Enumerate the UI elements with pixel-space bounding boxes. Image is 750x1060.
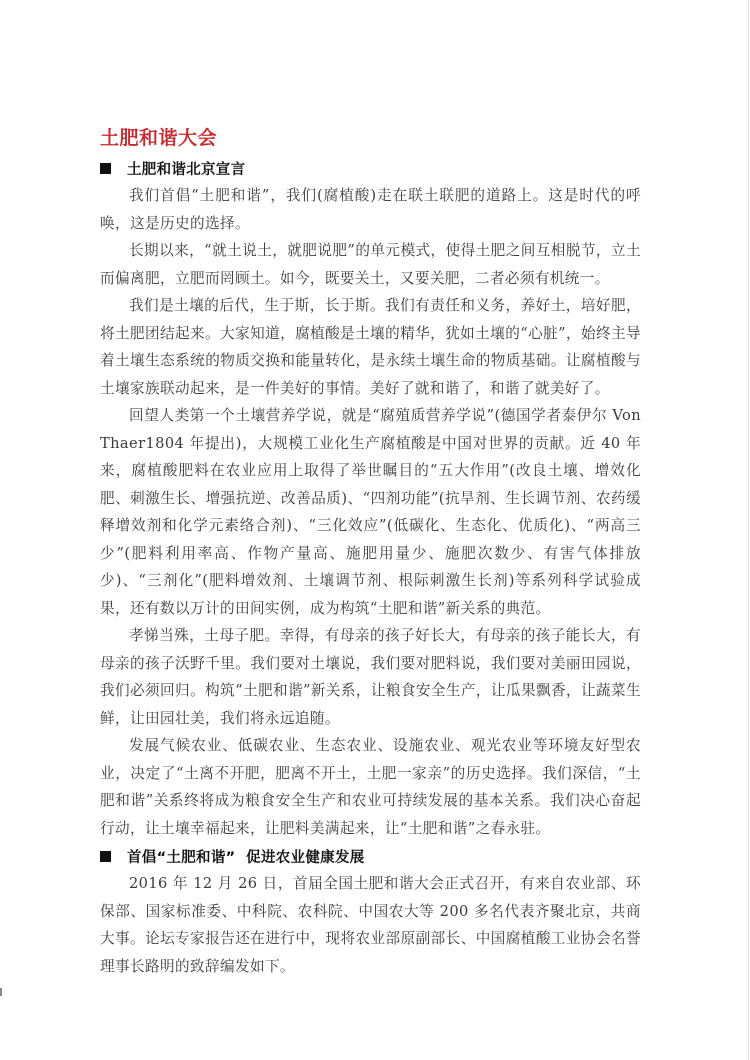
square-bullet-icon bbox=[100, 851, 111, 862]
document-page: 土肥和谐大会 土肥和谐北京宣言 我们首倡“土肥和谐”，我们(腐植酸)走在联土联肥… bbox=[100, 124, 641, 980]
section-heading-declaration: 土肥和谐北京宣言 bbox=[100, 154, 641, 182]
paragraph: 长期以来，“就土说土，就肥说肥”的单元模式，使得土肥之间互相脱节，立土而偏离肥，… bbox=[100, 237, 641, 292]
paragraph: 孝悌当殊，土母子肥。幸得，有母亲的孩子好长大，有母亲的孩子能长大，有母亲的孩子沃… bbox=[100, 622, 641, 732]
section-heading-promote: 首倡“土肥和谐” 促进农业健康发展 bbox=[100, 842, 641, 870]
paragraph: 我们首倡“土肥和谐”，我们(腐植酸)走在联土联肥的道路上。这是时代的呼唤，这是历… bbox=[100, 182, 641, 237]
section-heading-text: 首倡“土肥和谐” 促进农业健康发展 bbox=[127, 846, 365, 867]
section-heading-text: 土肥和谐北京宣言 bbox=[127, 158, 245, 179]
paragraph: 回望人类第一个土壤营养学说，就是“腐殖质营养学说”(德国学者泰伊尔 Von Th… bbox=[100, 402, 641, 622]
paragraph: 2016 年 12 月 26 日，首届全国土肥和谐大会正式召开，有来自农业部、环… bbox=[100, 870, 641, 980]
page-mark bbox=[0, 988, 2, 996]
paragraph: 发展气候农业、低碳农业、生态农业、设施农业、观光农业等环境友好型农业，决定了“土… bbox=[100, 732, 641, 842]
page-title: 土肥和谐大会 bbox=[100, 124, 641, 152]
page-edge bbox=[748, 0, 749, 1060]
square-bullet-icon bbox=[100, 163, 111, 174]
paragraph: 我们是土壤的后代，生于斯，长于斯。我们有责任和义务，养好土，培好肥，将土肥团结起… bbox=[100, 292, 641, 402]
